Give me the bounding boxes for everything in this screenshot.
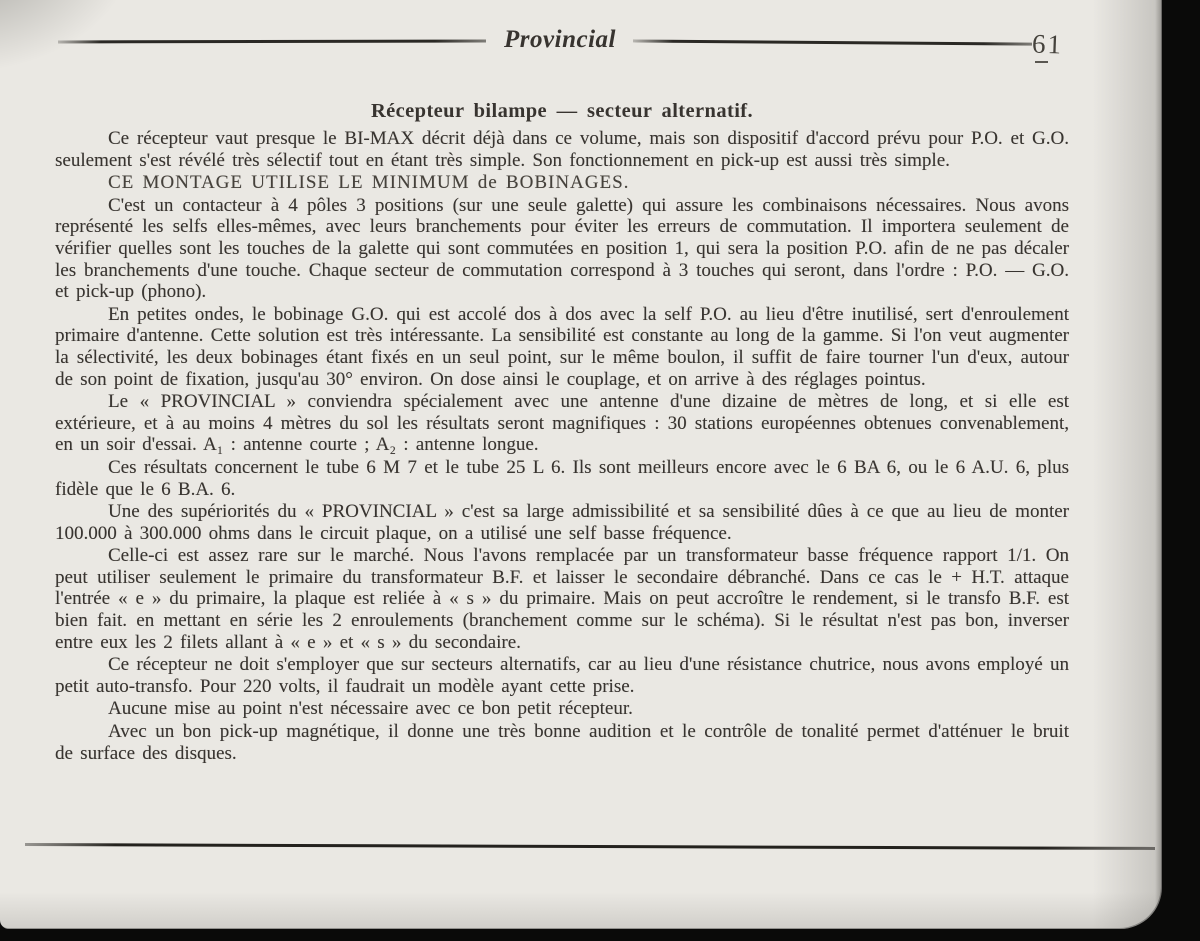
article-title: Récepteur bilampe — secteur alternatif. <box>55 100 1069 123</box>
section-heading: CE MONTAGE UTILISE LE MINIMUM de BOBINAG… <box>55 172 1069 194</box>
page-number-underline <box>1035 61 1048 63</box>
paper-page: Provincial 61 Récepteur bilampe — secteu… <box>0 0 1162 929</box>
bottom-rule <box>25 843 1155 850</box>
paragraph-antenne: Le « PROVINCIAL » conviendra spécialemen… <box>55 391 1069 456</box>
scan-border-right <box>1162 0 1200 941</box>
paragraph-intro: Ce récepteur vaut presque le BI-MAX décr… <box>55 128 1069 171</box>
header-rule-right <box>633 39 1032 45</box>
paragraph-mise-au-point: Aucune mise au point n'est nécessaire av… <box>55 698 1069 720</box>
header-rule-left <box>58 40 486 44</box>
scan-border-bottom <box>0 929 1200 941</box>
running-title: Provincial <box>492 26 628 54</box>
paragraph-superiorites: Une des supériorités du « PROVINCIAL » c… <box>55 501 1069 544</box>
paragraph-pick-up: Avec un bon pick-up magnétique, il donne… <box>55 721 1069 764</box>
article-body: Ce récepteur vaut presque le BI-MAX décr… <box>55 127 1069 764</box>
paragraph-tubes: Ces résultats concernent le tube 6 M 7 e… <box>55 457 1069 500</box>
paragraph-contacteur: C'est un contacteur à 4 pôles 3 position… <box>55 195 1069 303</box>
paragraph-secteurs-alternatifs: Ce récepteur ne doit s'employer que sur … <box>55 654 1069 697</box>
paragraph-transformateur: Celle-ci est assez rare sur le marché. N… <box>55 545 1069 653</box>
page-number: 61 <box>1031 28 1063 60</box>
scanned-page: Provincial 61 Récepteur bilampe — secteu… <box>0 0 1200 941</box>
paragraph-petites-ondes: En petites ondes, le bobinage G.O. qui e… <box>55 304 1069 390</box>
